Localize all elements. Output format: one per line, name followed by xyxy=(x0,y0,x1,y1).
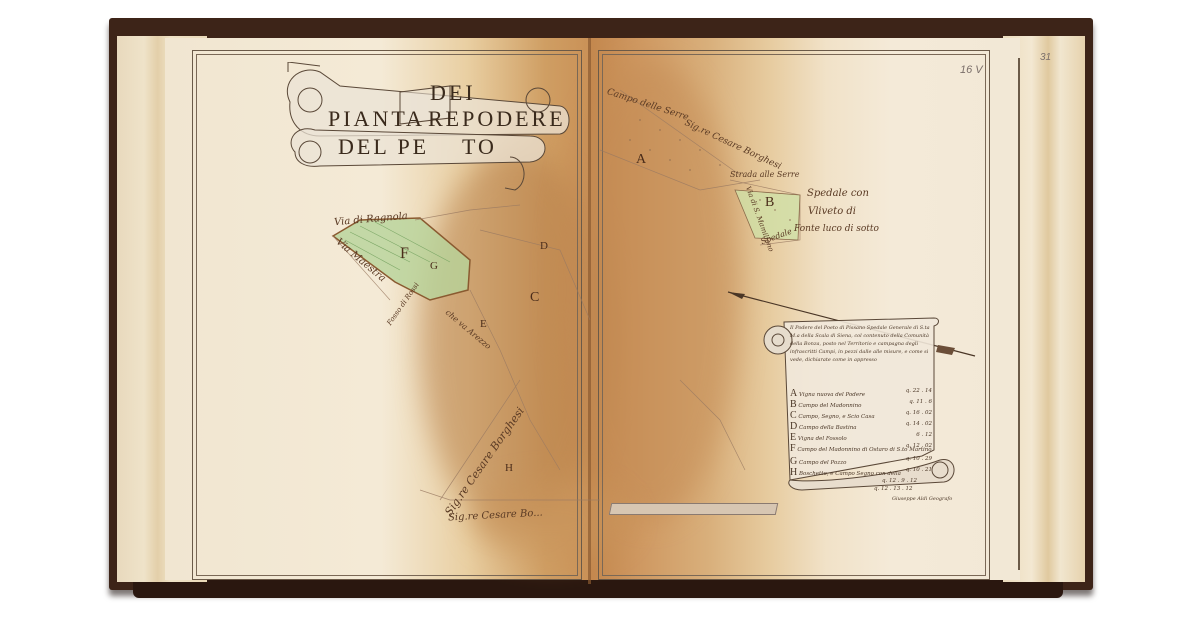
legend-total: q. 12 . 9 . 12 xyxy=(882,478,942,484)
map-label-road: Strada alle Serre xyxy=(730,170,799,179)
legend-total: q. 12 . 13 . 12 xyxy=(874,486,944,492)
map-label-spedale: Vliveto di xyxy=(808,206,856,217)
legend-row: C Campo, Segno, e Scio Casaq. 16 . 02 xyxy=(790,410,940,421)
legend-row: B Campo del Madonninoq. 11 . 6 xyxy=(790,399,940,410)
parcel-letter-g: G xyxy=(430,260,438,272)
page-number: 16 V xyxy=(960,64,983,76)
estate-map-drawing xyxy=(0,0,1200,628)
legend-row: A Vigna nuova del Podereq. 22 . 14 xyxy=(790,388,940,399)
parcel-letter-b: B xyxy=(765,195,774,211)
parcel-letter-h: H xyxy=(505,462,513,474)
legend-row: E Vigna del Fossolo6 . 12 xyxy=(790,432,940,443)
legend-row: H Boschetto, e Campo Segno con dellaq. 1… xyxy=(790,467,940,478)
legend-cartouche: Il Podere del Poeto di Pissano Spedale G… xyxy=(762,310,957,500)
map-label-spedale: Spedale con xyxy=(807,188,869,199)
parcel-letter-c: C xyxy=(530,290,539,306)
parcel-letter-d: D xyxy=(540,240,548,252)
legend-row: G Campo del Pozzoq. 10 . 29 xyxy=(790,456,940,467)
scale-bar xyxy=(609,503,779,515)
parcel-letter-f: F xyxy=(400,245,409,263)
next-page-number: 31 xyxy=(1040,52,1051,63)
legend-row: D Campo della Bastinaq. 14 . 02 xyxy=(790,421,940,432)
map-label-spedale: Fonte luco di sotto xyxy=(794,224,879,234)
legend-signature: Giuseppe Aldi Geografo xyxy=(892,496,972,502)
legend-intro-text: Il Podere del Poeto di Pissano Spedale G… xyxy=(790,324,940,364)
parcel-letter-e: E xyxy=(480,318,487,330)
parcel-letter-a: A xyxy=(636,152,646,168)
legend-row: F Campo del Madonnino di Ostaro di S.to … xyxy=(790,443,940,454)
